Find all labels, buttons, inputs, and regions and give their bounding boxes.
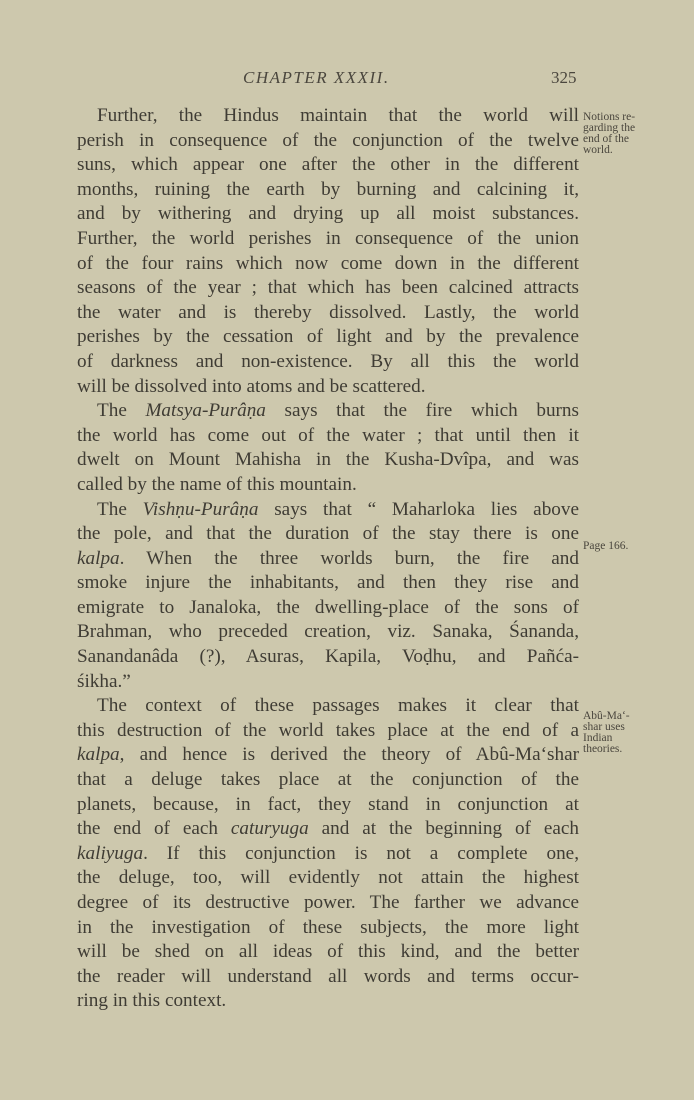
italic-term: kaliyuga [77,843,143,864]
text-line: the water and is thereby dissolved. Last… [77,301,579,326]
text-line: will be shed on all ideas of this kind, … [77,940,579,965]
text-line: planets, because, in fact, they stand in… [77,793,579,818]
text-line: Brahman, who preceded creation, viz. San… [77,620,579,645]
paragraph: The Matsya-Purâṇa says that the fire whi… [77,399,579,497]
paragraph: Further, the Hindus maintain that the wo… [77,104,579,399]
text-run: the end of each [77,818,231,839]
text-line: the reader will understand all words and… [77,965,579,990]
text-line: this destruction of the world takes plac… [77,719,579,744]
text-run: , and hence is derived the theory of Abû… [120,744,579,765]
italic-term: caturyuga [231,818,309,839]
text-line: śikha.” [77,670,579,695]
text-run: The [97,400,145,421]
paragraph: The Vishṇu-Purâṇa says that “ Maharloka … [77,498,579,695]
body-text: Further, the Hindus maintain that the wo… [77,104,579,1014]
text-line: Sanandanâda (?), Asuras, Kapila, Voḍhu, … [77,645,579,670]
text-run: says that the fire which burns [266,400,579,421]
italic-term: Vishṇu-Purâṇa [143,499,259,520]
marginal-note-page-ref: Page 166. [583,541,653,552]
marginal-line: world. [583,145,653,156]
text-line: dwelt on Mount Mahisha in the Kusha-Dvîp… [77,448,579,473]
book-page: CHAPTER XXXII. 325 Further, the Hindus m… [0,0,694,1100]
text-line: Further, the world perishes in consequen… [77,227,579,252]
page-number: 325 [551,68,577,88]
text-line: Further, the Hindus maintain that the wo… [77,104,579,129]
text-line: The context of these passages makes it c… [77,694,579,719]
text-line: that a deluge takes place at the conjunc… [77,768,579,793]
text-line: of the four rains which now come down in… [77,252,579,277]
text-line: will be dissolved into atoms and be scat… [77,375,579,400]
text-run: says that “ Maharloka lies above [258,499,579,520]
paragraph: The context of these passages makes it c… [77,694,579,1014]
text-run: . If this conjunction is not a complete … [143,843,579,864]
text-line: in the investigation of these subjects, … [77,916,579,941]
running-head: CHAPTER XXXII. 325 [0,68,694,92]
text-line: called by the name of this mountain. [77,473,579,498]
text-line: smoke injure the inhabitants, and then t… [77,571,579,596]
text-run: and at the beginning of each [309,818,579,839]
text-line: kaliyuga. If this conjunction is not a c… [77,842,579,867]
text-line: the pole, and that the duration of the s… [77,522,579,547]
text-line: seasons of the year ; that which has bee… [77,276,579,301]
text-line: of darkness and non-existence. By all th… [77,350,579,375]
text-line: emigrate to Janaloka, the dwelling-place… [77,596,579,621]
text-line: ring in this context. [77,989,579,1014]
text-run: . When the three worlds burn, the fire a… [120,548,579,569]
marginal-note-abu-mashar: Abû-Maʻ- shar uses Indian theories. [583,711,653,755]
text-line: and by withering and drying up all moist… [77,202,579,227]
text-line: perishes by the cessation of light and b… [77,325,579,350]
text-run: The [97,499,143,520]
text-line: The Matsya-Purâṇa says that the fire whi… [77,399,579,424]
text-line: the world has come out of the water ; th… [77,424,579,449]
text-line: kalpa. When the three worlds burn, the f… [77,547,579,572]
text-line: the deluge, too, will evidently not atta… [77,866,579,891]
text-line: The Vishṇu-Purâṇa says that “ Maharloka … [77,498,579,523]
marginal-line: theories. [583,744,653,755]
text-line: degree of its destructive power. The far… [77,891,579,916]
text-line: the end of each caturyuga and at the beg… [77,817,579,842]
italic-term: kalpa [77,744,120,765]
chapter-title: CHAPTER XXXII. [243,68,390,88]
marginal-note-notions: Notions re- garding the end of the world… [583,112,653,156]
text-line: suns, which appear one after the other i… [77,153,579,178]
text-line: months, ruining the earth by burning and… [77,178,579,203]
text-line: kalpa, and hence is derived the theory o… [77,743,579,768]
italic-term: Matsya-Purâṇa [145,400,265,421]
italic-term: kalpa [77,548,120,569]
text-line: perish in consequence of the conjunction… [77,129,579,154]
marginal-line: Page 166. [583,541,653,552]
